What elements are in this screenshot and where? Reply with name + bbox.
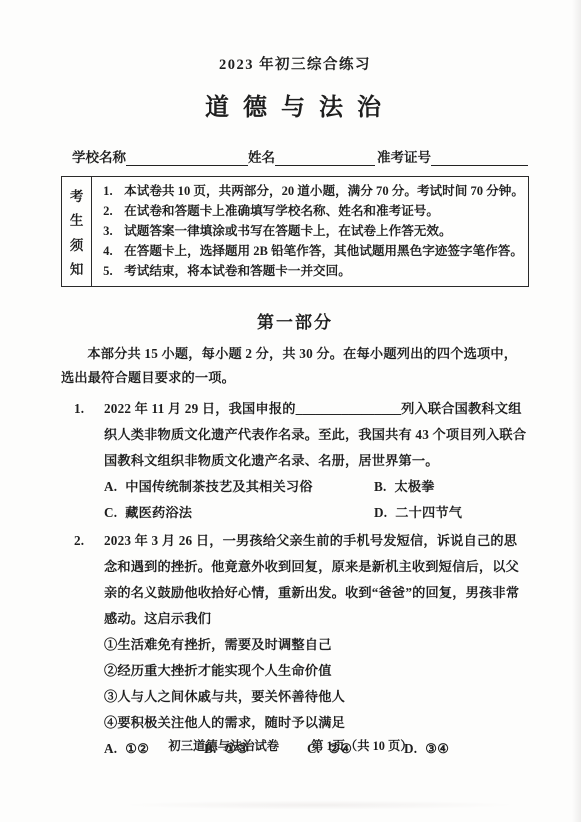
scan-shadow-bottom: [0, 800, 581, 810]
student-name-blank-line: [275, 152, 375, 166]
candidate-notice-box: 考 生 须 知 1. 本试卷共 10 页，共两部分，20 道小题，满分 70 分…: [61, 176, 529, 287]
question-1-stem-before: 2022 年 11 月 29 日，我国申报的: [104, 401, 296, 416]
question-1-stem: 2022 年 11 月 29 日，我国申报的________________列入…: [104, 396, 529, 474]
exam-paper-sheet: 2023 年初三综合练习 道 德 与 法 治 学校名称 姓名 准考证号 考 生 …: [0, 0, 581, 822]
question-1-body: 2022 年 11 月 29 日，我国申报的________________列入…: [104, 396, 529, 526]
footer-paper-title: 初三道德与法治试卷: [168, 736, 279, 754]
notice-item-number: 2.: [103, 202, 124, 221]
exam-id-blank-line: [431, 152, 528, 166]
option-c-text: 藏医药浴法: [125, 505, 192, 520]
exam-id-label: 准考证号: [377, 146, 431, 166]
notice-item-text: 考试结束，将本试卷和答题卡一并交回。: [124, 262, 351, 281]
option-d-text: 二十四节气: [395, 505, 462, 520]
notice-item-text: 试题答案一律填涂或书写在答题卡上，在试卷上作答无效。: [124, 222, 451, 241]
page-content: 2023 年初三综合练习 道 德 与 法 治 学校名称 姓名 准考证号 考 生 …: [61, 0, 529, 762]
fill-in-blank-line: ________________: [296, 401, 402, 416]
part-one-intro: 本部分共 15 小题，每小题 2 分，共 30 分。在每小题列出的四个选项中，选…: [61, 342, 529, 390]
notice-side-char: 知: [70, 258, 84, 278]
option-a-text: 中国传统制茶技艺及其相关习俗: [125, 479, 312, 494]
notice-item-text: 在答题卡上，选择题用 2B 铅笔作答，其他试题用黑色字迹签字笔作答。: [124, 242, 523, 261]
option-a: A.中国传统制茶技艺及其相关习俗: [104, 474, 374, 500]
option-c: C.藏医药浴法: [104, 500, 374, 526]
question-2-number: 2.: [74, 528, 104, 762]
notice-item-text: 本试卷共 10 页，共两部分，20 道小题，满分 70 分。考试时间 70 分钟…: [124, 182, 524, 201]
statement-2: ②经历重大挫折才能实现个人生命价值: [104, 658, 529, 684]
question-2-body: 2023 年 3 月 26 日，一男孩给父亲生前的手机号发短信，诉说自己的思念和…: [104, 528, 529, 762]
option-c-label: C.: [104, 505, 117, 520]
statement-3: ③人与人之间休戚与共，要关怀善待他人: [104, 684, 529, 710]
page-footer: 初三道德与法治试卷 第 1页（共 10 页）: [0, 736, 581, 754]
option-a-label: A.: [104, 479, 117, 494]
statement-4: ④要积极关注他人的需求，随时予以满足: [104, 710, 529, 736]
notice-item: 2. 在试卷和答题卡上准确填写学校名称、姓名和准考证号。: [103, 202, 524, 221]
question-1: 1. 2022 年 11 月 29 日，我国申报的_______________…: [61, 396, 529, 526]
school-name-blank-line: [126, 152, 248, 166]
option-b-text: 太极拳: [395, 479, 435, 494]
school-name-label: 学校名称: [72, 146, 126, 166]
statement-1: ①生活难免有挫折，需要及时调整自己: [104, 632, 529, 658]
notice-side-label: 考 生 须 知: [62, 177, 92, 286]
practice-title: 2023 年初三综合练习: [61, 53, 529, 74]
notice-item-text: 在试卷和答题卡上准确填写学校名称、姓名和准考证号。: [124, 202, 439, 221]
scan-shadow-right: [572, 0, 581, 822]
notice-side-char: 生: [70, 209, 84, 229]
question-2: 2. 2023 年 3 月 26 日，一男孩给父亲生前的手机号发短信，诉说自己的…: [61, 528, 529, 762]
notice-side-char: 考: [70, 185, 84, 205]
question-1-options: A.中国传统制茶技艺及其相关习俗 B.太极拳 C.藏医药浴法 D.二十四节气: [104, 474, 529, 526]
notice-item: 3. 试题答案一律填涂或书写在答题卡上，在试卷上作答无效。: [103, 222, 524, 241]
notice-item-number: 1.: [103, 182, 124, 201]
notice-side-char: 须: [70, 234, 84, 254]
notice-item: 5. 考试结束，将本试卷和答题卡一并交回。: [103, 262, 524, 281]
question-2-stem: 2023 年 3 月 26 日，一男孩给父亲生前的手机号发短信，诉说自己的思念和…: [104, 528, 529, 632]
notice-item-number: 5.: [103, 262, 124, 281]
option-d: D.二十四节气: [374, 500, 529, 526]
subject-title: 道 德 与 法 治: [61, 87, 529, 122]
notice-item-number: 4.: [103, 242, 124, 261]
option-d-label: D.: [374, 505, 387, 520]
option-b-label: B.: [374, 479, 387, 494]
notice-item: 4. 在答题卡上，选择题用 2B 铅笔作答，其他试题用黑色字迹签字笔作答。: [103, 242, 524, 261]
question-1-number: 1.: [74, 396, 104, 526]
footer-page-number: 第 1页（共 10 页）: [311, 736, 412, 754]
student-name-label: 姓名: [248, 146, 275, 166]
option-b: B.太极拳: [374, 474, 529, 500]
notice-item-list: 1. 本试卷共 10 页，共两部分，20 道小题，满分 70 分。考试时间 70…: [92, 177, 528, 286]
candidate-fields-row: 学校名称 姓名 准考证号: [61, 146, 529, 166]
notice-item-number: 3.: [103, 222, 124, 241]
notice-item: 1. 本试卷共 10 页，共两部分，20 道小题，满分 70 分。考试时间 70…: [103, 182, 524, 201]
part-one-heading: 第一部分: [61, 308, 529, 333]
